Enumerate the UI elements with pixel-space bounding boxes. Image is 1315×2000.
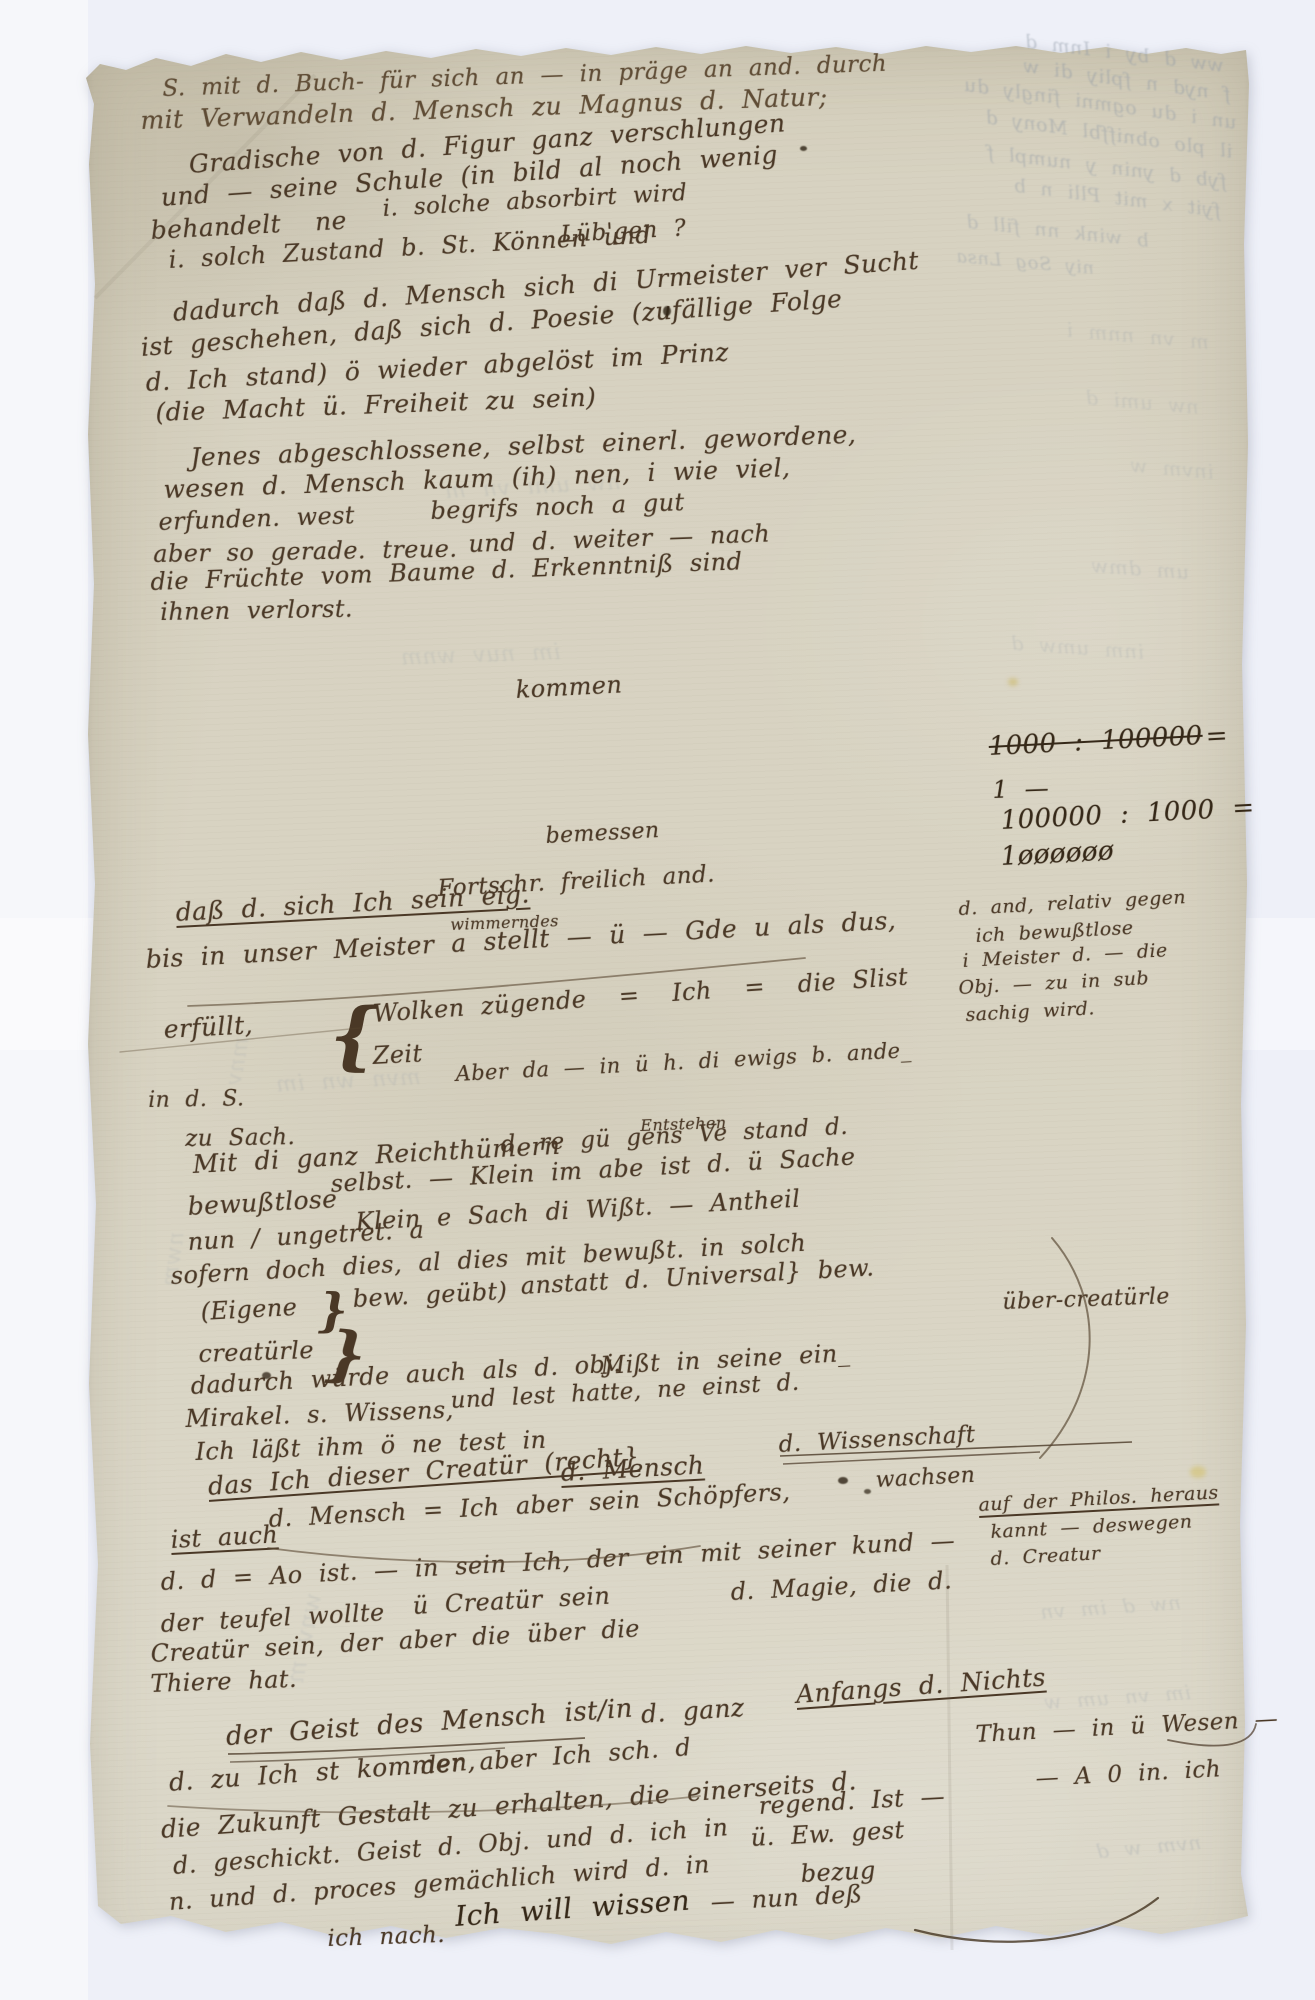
sweeping-rule-stroke xyxy=(188,958,805,1006)
geist-underline-top xyxy=(228,1738,585,1754)
ink-blot xyxy=(663,306,671,316)
ink-blot xyxy=(262,1372,271,1379)
underline-sweep-stroke xyxy=(268,1546,700,1562)
flourish-stroke xyxy=(1168,1724,1256,1746)
margin-brace-curve xyxy=(1040,1238,1090,1458)
manuscript-scan: ww d by i Inm df nyd n fpliy di wun i du… xyxy=(0,0,1315,2000)
ink-blot xyxy=(838,1477,848,1484)
underline-sweep-stroke-2 xyxy=(168,1796,700,1812)
faint-rule-stroke xyxy=(120,1028,360,1052)
ink-blot xyxy=(800,146,807,151)
corner-crease xyxy=(95,75,315,298)
paper-stain xyxy=(1008,678,1018,686)
double-underline-top xyxy=(780,1442,1132,1456)
ink-blot xyxy=(864,1489,871,1494)
paper-stain xyxy=(1190,1466,1206,1478)
ink-strokes-overlay xyxy=(0,0,1315,2000)
vertical-crease xyxy=(947,1565,952,1950)
